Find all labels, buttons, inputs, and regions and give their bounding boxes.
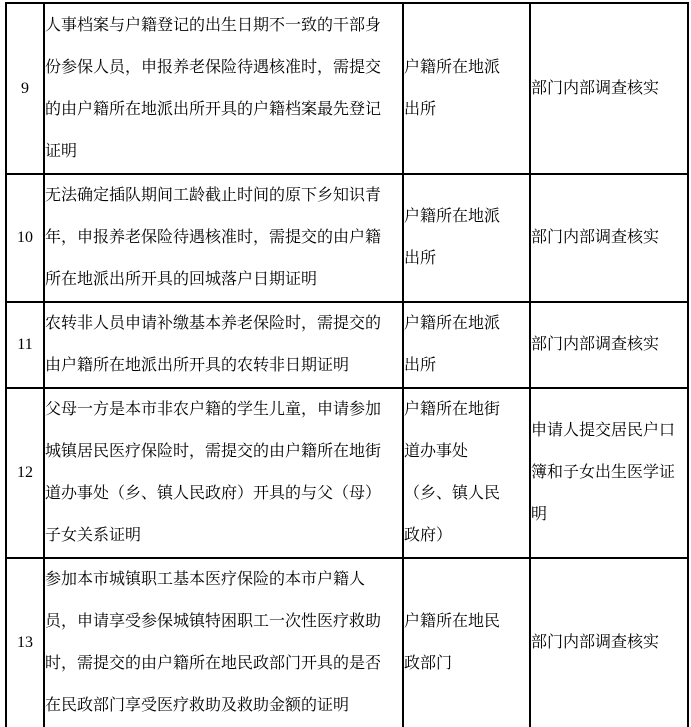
issuer-cell: 户籍所在地街 道办事处 （乡、镇人民 政府） [403, 388, 530, 558]
table-row: 10 无法确定插队期间工龄截止时间的原下乡知识青 年，申报养老保险待遇核准时，需… [6, 174, 688, 302]
row-number: 12 [6, 388, 44, 558]
issuer-cell: 户籍所在地派 出所 [403, 3, 530, 174]
issuer-cell: 户籍所在地派 出所 [403, 174, 530, 302]
situation-cell: 人事档案与户籍登记的出生日期不一致的干部身 份参保人员，申报养老保险待遇核准时，… [44, 3, 403, 174]
issuer-cell: 户籍所在地派 出所 [403, 302, 530, 388]
table-row: 13 参加本市城镇职工基本医疗保险的本市户籍人 员，申请享受参保城镇特困职工一次… [6, 558, 688, 727]
method-cell: 部门内部调查核实 [530, 3, 688, 174]
method-cell: 部门内部调查核实 [530, 174, 688, 302]
row-number: 13 [6, 558, 44, 727]
certification-items-table: 9 人事档案与户籍登记的出生日期不一致的干部身 份参保人员，申报养老保险待遇核准… [5, 2, 689, 727]
table-row: 11 农转非人员申请补缴基本养老保险时，需提交的 由户籍所在地派出所开具的农转非… [6, 302, 688, 388]
situation-cell: 参加本市城镇职工基本医疗保险的本市户籍人 员，申请享受参保城镇特困职工一次性医疗… [44, 558, 403, 727]
method-cell: 部门内部调查核实 [530, 558, 688, 727]
row-number: 9 [6, 3, 44, 174]
issuer-cell: 户籍所在地民 政部门 [403, 558, 530, 727]
method-cell: 部门内部调查核实 [530, 302, 688, 388]
situation-cell: 父母一方是本市非农户籍的学生儿童，申请参加 城镇居民医疗保险时，需提交的由户籍所… [44, 388, 403, 558]
row-number: 11 [6, 302, 44, 388]
situation-cell: 无法确定插队期间工龄截止时间的原下乡知识青 年，申报养老保险待遇核准时，需提交的… [44, 174, 403, 302]
row-number: 10 [6, 174, 44, 302]
table-row: 9 人事档案与户籍登记的出生日期不一致的干部身 份参保人员，申报养老保险待遇核准… [6, 3, 688, 174]
method-cell: 申请人提交居民户口 簿和子女出生医学证 明 [530, 388, 688, 558]
table-row: 12 父母一方是本市非农户籍的学生儿童，申请参加 城镇居民医疗保险时，需提交的由… [6, 388, 688, 558]
document-page: 9 人事档案与户籍登记的出生日期不一致的干部身 份参保人员，申报养老保险待遇核准… [0, 0, 691, 727]
situation-cell: 农转非人员申请补缴基本养老保险时，需提交的 由户籍所在地派出所开具的农转非日期证… [44, 302, 403, 388]
